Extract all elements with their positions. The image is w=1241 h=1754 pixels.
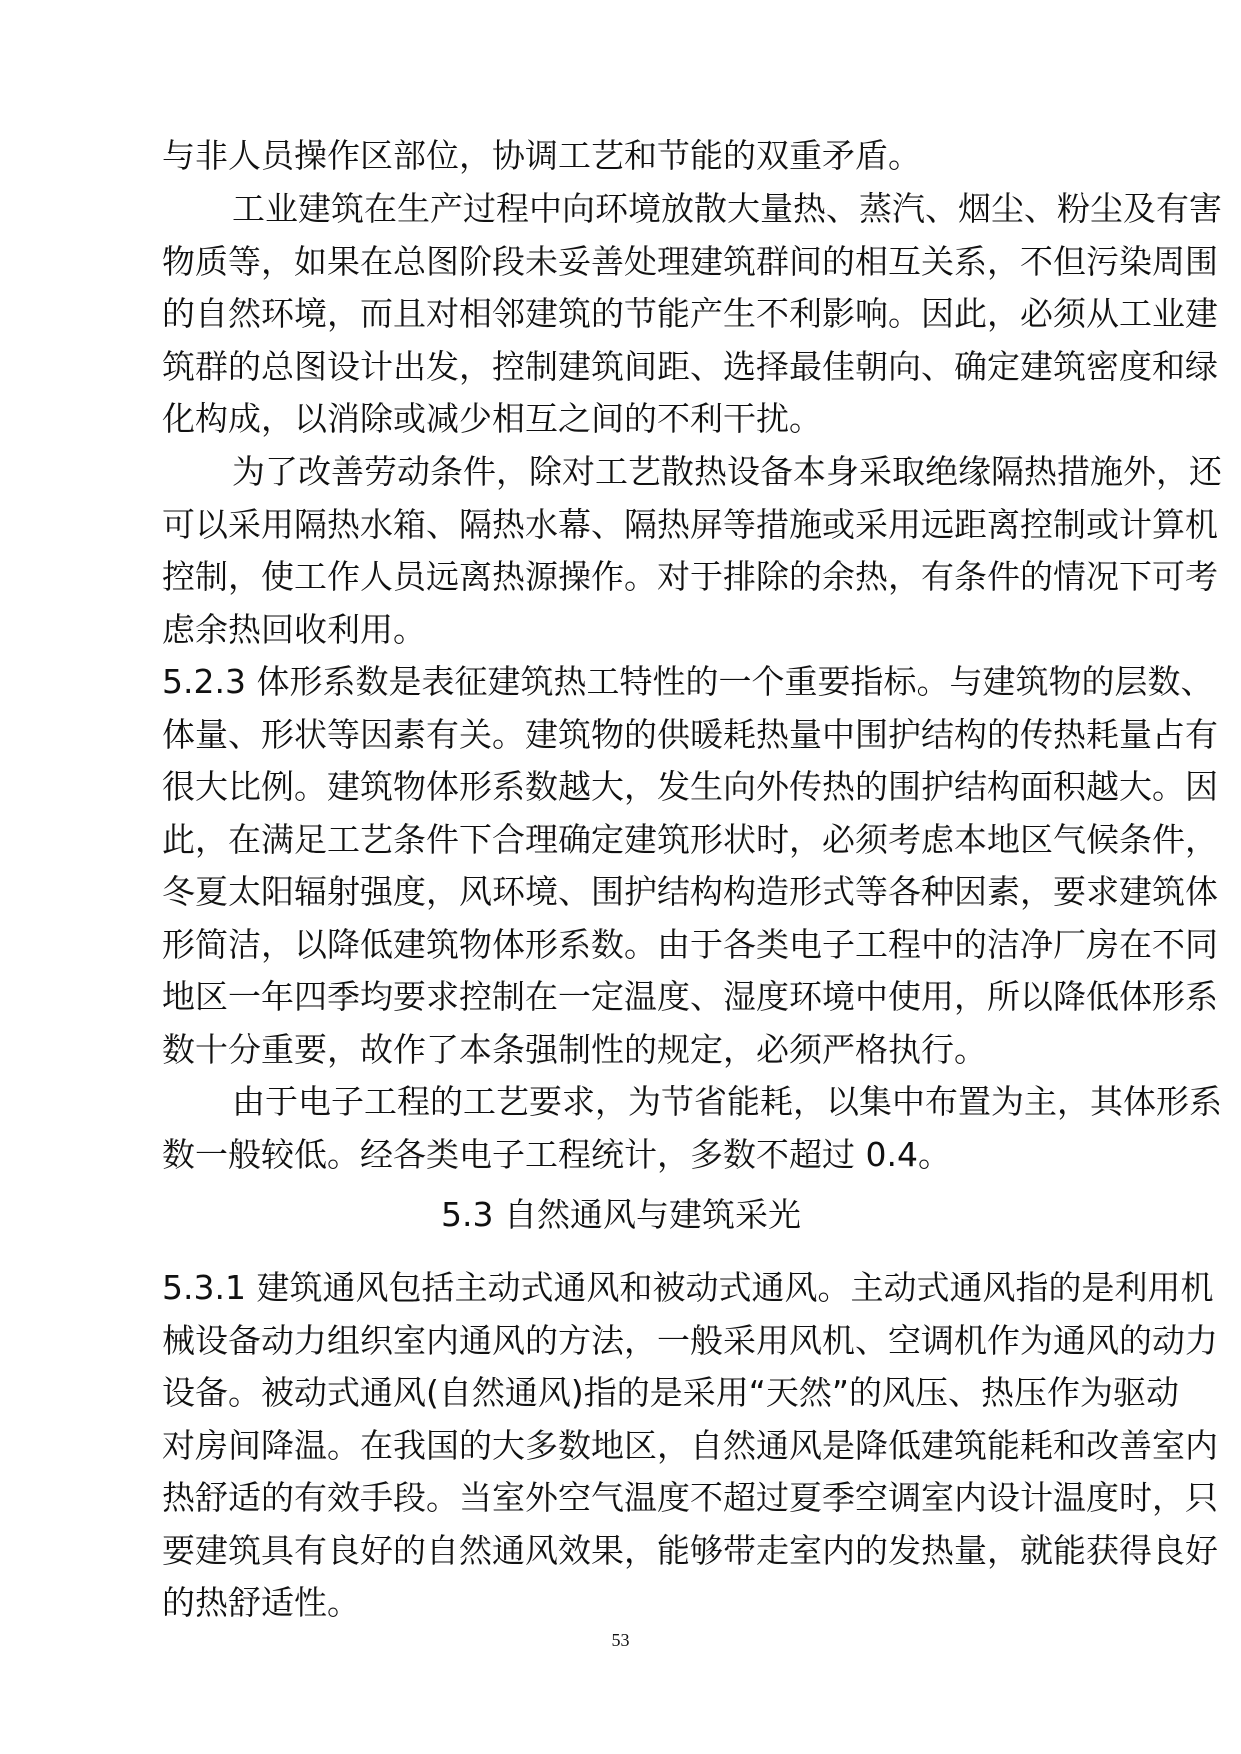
text-line: 虑余热回收利用。: [162, 610, 1080, 662]
text-line: 化构成，以消除或减少相互之间的不利干扰。: [162, 399, 1080, 451]
text-line: 数十分重要，故作了本条强制性的规定，必须严格执行。: [162, 1030, 1080, 1082]
text-line: 5.3.1 建筑通风包括主动式通风和被动式通风。主动式通风指的是利用机: [162, 1268, 1080, 1320]
text-line: 数一般较低。经各类电子工程统计，多数不超过 0.4。: [162, 1135, 1080, 1187]
text-line: 物质等，如果在总图阶段未妥善处理建筑群间的相互关系，不但污染周围: [162, 242, 1080, 294]
document-page: 5.3 自然通风与建筑采光 与非人员操作区部位，协调工艺和节能的双重矛盾。工业建…: [0, 0, 1241, 1754]
text-line: 的自然环境，而且对相邻建筑的节能产生不利影响。因此，必须从工业建: [162, 294, 1080, 346]
text-line: 体量、形状等因素有关。建筑物的供暖耗热量中围护结构的传热耗量占有: [162, 715, 1080, 767]
text-line: 5.2.3 体形系数是表征建筑热工特性的一个重要指标。与建筑物的层数、: [162, 662, 1080, 714]
text-line: 与非人员操作区部位，协调工艺和节能的双重矛盾。: [162, 136, 1080, 188]
text-line: 为了改善劳动条件，除对工艺散热设备本身采取绝缘隔热措施外，还: [232, 452, 1080, 504]
text-line: 此，在满足工艺条件下合理确定建筑形状时，必须考虑本地区气候条件，: [162, 820, 1080, 872]
text-line: 要建筑具有良好的自然通风效果，能够带走室内的发热量，就能获得良好: [162, 1531, 1080, 1583]
text-line: 对房间降温。在我国的大多数地区，自然通风是降低建筑能耗和改善室内: [162, 1426, 1080, 1478]
text-line: 形简洁，以降低建筑物体形系数。由于各类电子工程中的洁净厂房在不同: [162, 925, 1080, 977]
text-line: 热舒适的有效手段。当室外空气温度不超过夏季空调室内设计温度时，只: [162, 1478, 1080, 1530]
text-line: 冬夏太阳辐射强度，风环境、围护结构构造形式等各种因素，要求建筑体: [162, 872, 1080, 924]
text-line: 筑群的总图设计出发，控制建筑间距、选择最佳朝向、确定建筑密度和绿: [162, 347, 1080, 399]
text-line: 很大比例。建筑物体形系数越大，发生向外传热的围护结构面积越大。因: [162, 767, 1080, 819]
page-number: 53: [0, 1630, 1241, 1651]
text-line: 工业建筑在生产过程中向环境放散大量热、蒸汽、烟尘、粉尘及有害: [232, 189, 1080, 241]
text-line: 械设备动力组织室内通风的方法，一般采用风机、空调机作为通风的动力: [162, 1321, 1080, 1373]
text-line: 由于电子工程的工艺要求，为节省能耗，以集中布置为主，其体形系: [232, 1082, 1080, 1134]
text-line: 可以采用隔热水箱、隔热水幕、隔热屏等措施或采用远距离控制或计算机: [162, 505, 1080, 557]
text-line: 的热舒适性。: [162, 1583, 1080, 1635]
text-line: 设备。被动式通风(自然通风)指的是采用“天然”的风压、热压作为驱动: [162, 1373, 1080, 1425]
text-line: 控制，使工作人员远离热源操作。对于排除的余热，有条件的情况下可考: [162, 557, 1080, 609]
section-heading: 5.3 自然通风与建筑采光: [162, 1195, 1080, 1235]
text-line: 地区一年四季均要求控制在一定温度、湿度环境中使用，所以降低体形系: [162, 977, 1080, 1029]
